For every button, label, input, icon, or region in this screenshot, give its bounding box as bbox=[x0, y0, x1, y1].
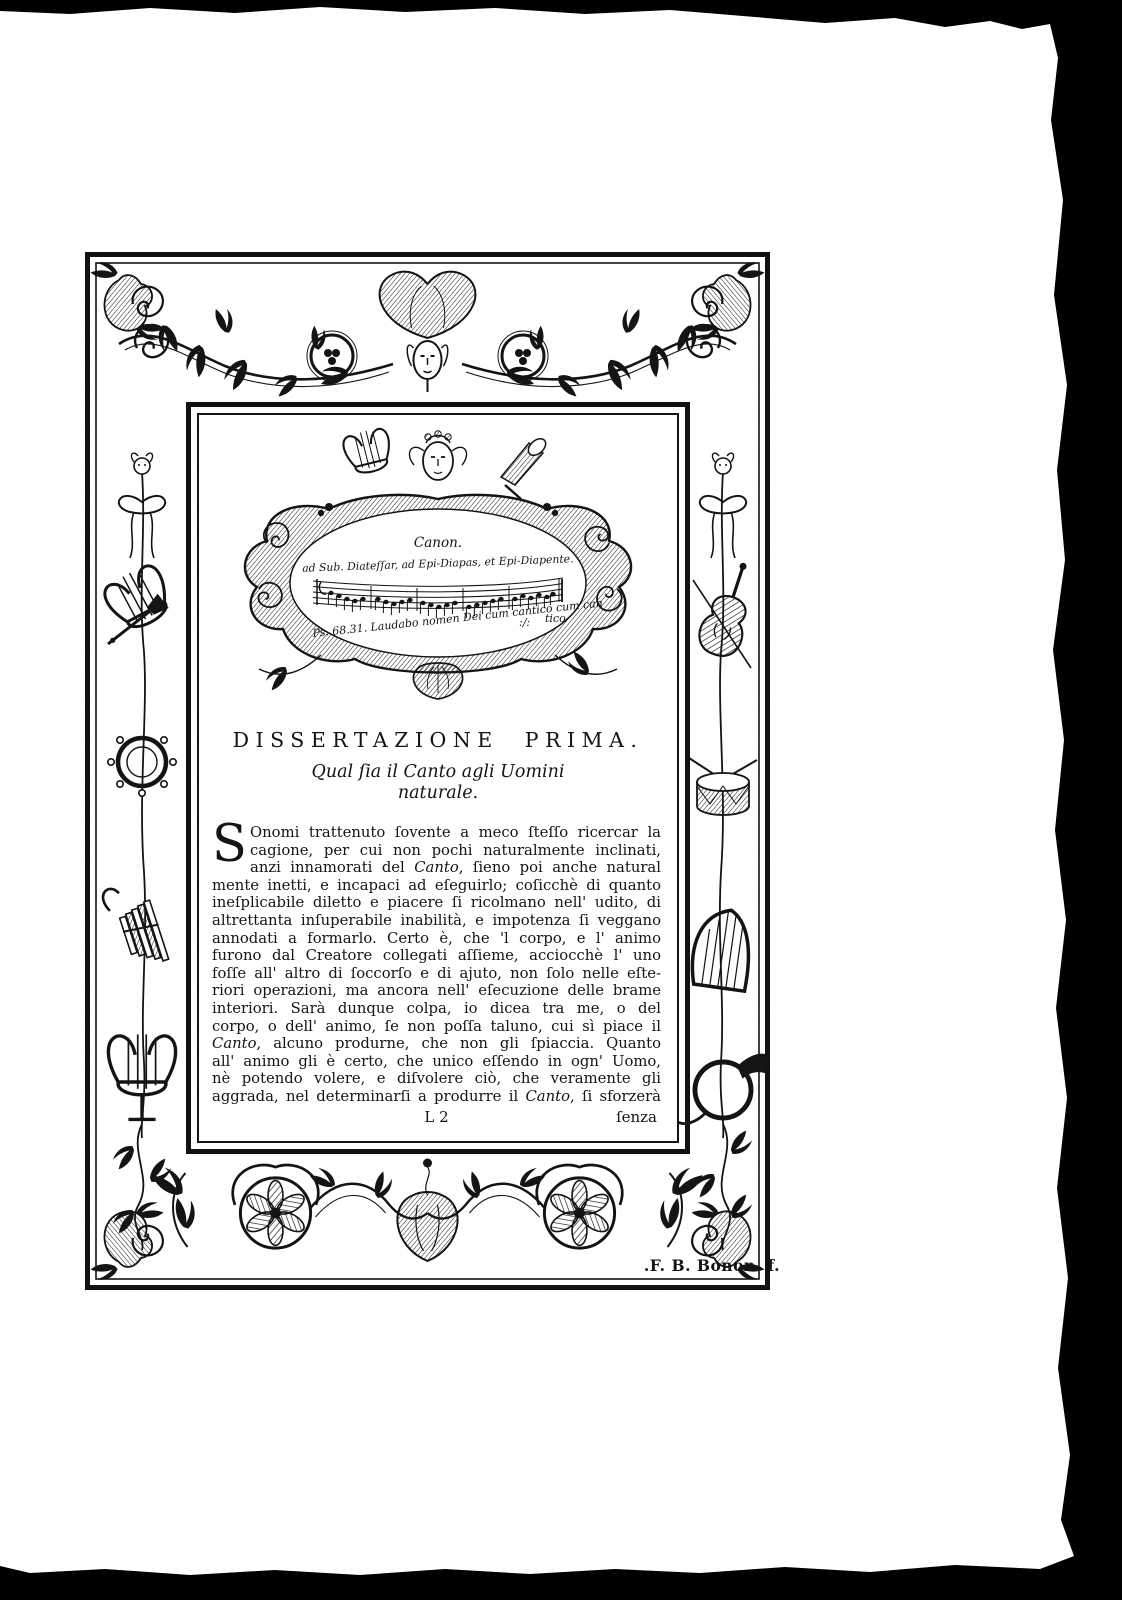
trumpet-icon bbox=[102, 594, 168, 651]
leaf-spray-icon bbox=[655, 1164, 703, 1247]
body-line: ineſplicabile diletto e piacere ſi ricol… bbox=[212, 894, 661, 912]
drop-cap: S bbox=[212, 821, 247, 869]
rosette-icon bbox=[537, 1165, 623, 1248]
psalm-repeat-mark: :/: bbox=[519, 616, 530, 629]
mask-icon bbox=[380, 272, 476, 392]
bottom-ornament-band bbox=[151, 1159, 703, 1262]
text-panel: Canon. ad Sub. Diateſſar, ad Epi-Diapas,… bbox=[197, 413, 679, 1143]
rosette-icon bbox=[233, 1165, 319, 1248]
scanned-book-page: Canon. ad Sub. Diateſſar, ad Epi-Diapas,… bbox=[0, 0, 1122, 1600]
body-text: S Onomi trattenuto ſovente a meco ſteſſo… bbox=[199, 824, 677, 1126]
finial-dot-icon bbox=[423, 1159, 432, 1168]
subtitle-line: naturale. bbox=[199, 783, 677, 804]
panpipes-icon bbox=[101, 878, 170, 973]
body-line: interiori. Sarà dunque colpa, io dicea t… bbox=[212, 1000, 661, 1018]
signature-line: L 2 ſenza bbox=[212, 1108, 661, 1126]
body-line: nè potendo volere, e diſvolere ciò, che … bbox=[212, 1070, 661, 1088]
body-line: altrettanta inſuperabile inabilità, e im… bbox=[212, 912, 661, 930]
chapter-subtitle: Qual ſia il Canto agli Uomini naturale. bbox=[199, 762, 677, 803]
mask-icon bbox=[131, 453, 152, 474]
engraver-credit: .F. B. Bonon. f. bbox=[644, 1256, 780, 1275]
canon-cartouche: Canon. ad Sub. Diateſſar, ad Epi-Diapas,… bbox=[201, 419, 675, 715]
body-line: Canto, alcuno produrne, che non gli ſpia… bbox=[212, 1035, 661, 1053]
muse-mask-icon bbox=[409, 431, 466, 480]
left-instrument-trophy bbox=[100, 453, 177, 1250]
corner-scroll-icon bbox=[89, 257, 165, 346]
lyre-icon bbox=[341, 426, 395, 477]
cartouche-frame bbox=[245, 495, 631, 673]
catchword: ſenza bbox=[616, 1108, 657, 1126]
body-line: all' animo gli è certo, che unico eſſend… bbox=[212, 1053, 661, 1071]
body-line: cagione, per cui non pochi naturalmente … bbox=[212, 842, 661, 860]
mask-icon bbox=[712, 453, 733, 474]
harp-icon bbox=[689, 906, 756, 991]
corner-scroll-icon bbox=[690, 257, 766, 346]
top-ornament-band bbox=[89, 257, 766, 397]
violin-icon bbox=[693, 556, 764, 668]
lyre-icon bbox=[100, 561, 177, 636]
shell-icon bbox=[413, 663, 462, 699]
body-line: corpo, o dell' animo, ſe non poſſa talun… bbox=[212, 1018, 661, 1036]
body-line: mente inetti, e incapaci ad eſeguirlo; c… bbox=[212, 877, 661, 895]
corner-scroll-icon bbox=[89, 1197, 165, 1286]
body-line: furono dal Creatore collegati aſſieme, a… bbox=[212, 947, 661, 965]
engraved-plate: Canon. ad Sub. Diateſſar, ad Epi-Diapas,… bbox=[85, 252, 770, 1290]
lyre-icon bbox=[108, 1034, 175, 1119]
body-line: aggrada, nel determinarſi a produrre il … bbox=[212, 1088, 661, 1106]
subtitle-line: Qual ſia il Canto agli Uomini bbox=[199, 762, 677, 783]
body-line: anzi innamorati del Canto, ſieno poi anc… bbox=[212, 859, 661, 877]
body-line: foſſe all' altro di ſoccorſo e di ajuto,… bbox=[212, 965, 661, 983]
chapter-title: DISSERTAZIONE PRIMA. bbox=[199, 728, 677, 752]
psalm-end-syllable: tico bbox=[545, 612, 566, 625]
gathering-signature: L 2 bbox=[212, 1108, 661, 1126]
body-line: Onomi trattenuto ſovente a meco ſteſſo r… bbox=[212, 824, 661, 842]
body-line: riori operazioni, ma ancora nell' eſecuz… bbox=[212, 982, 661, 1000]
horn-icon bbox=[501, 435, 549, 499]
body-line: annodati a formarlo. Certo è, che 'l cor… bbox=[212, 930, 661, 948]
canon-label: Canon. bbox=[414, 535, 462, 551]
paper-sheet: Canon. ad Sub. Diateſſar, ad Epi-Diapas,… bbox=[0, 0, 1122, 1600]
